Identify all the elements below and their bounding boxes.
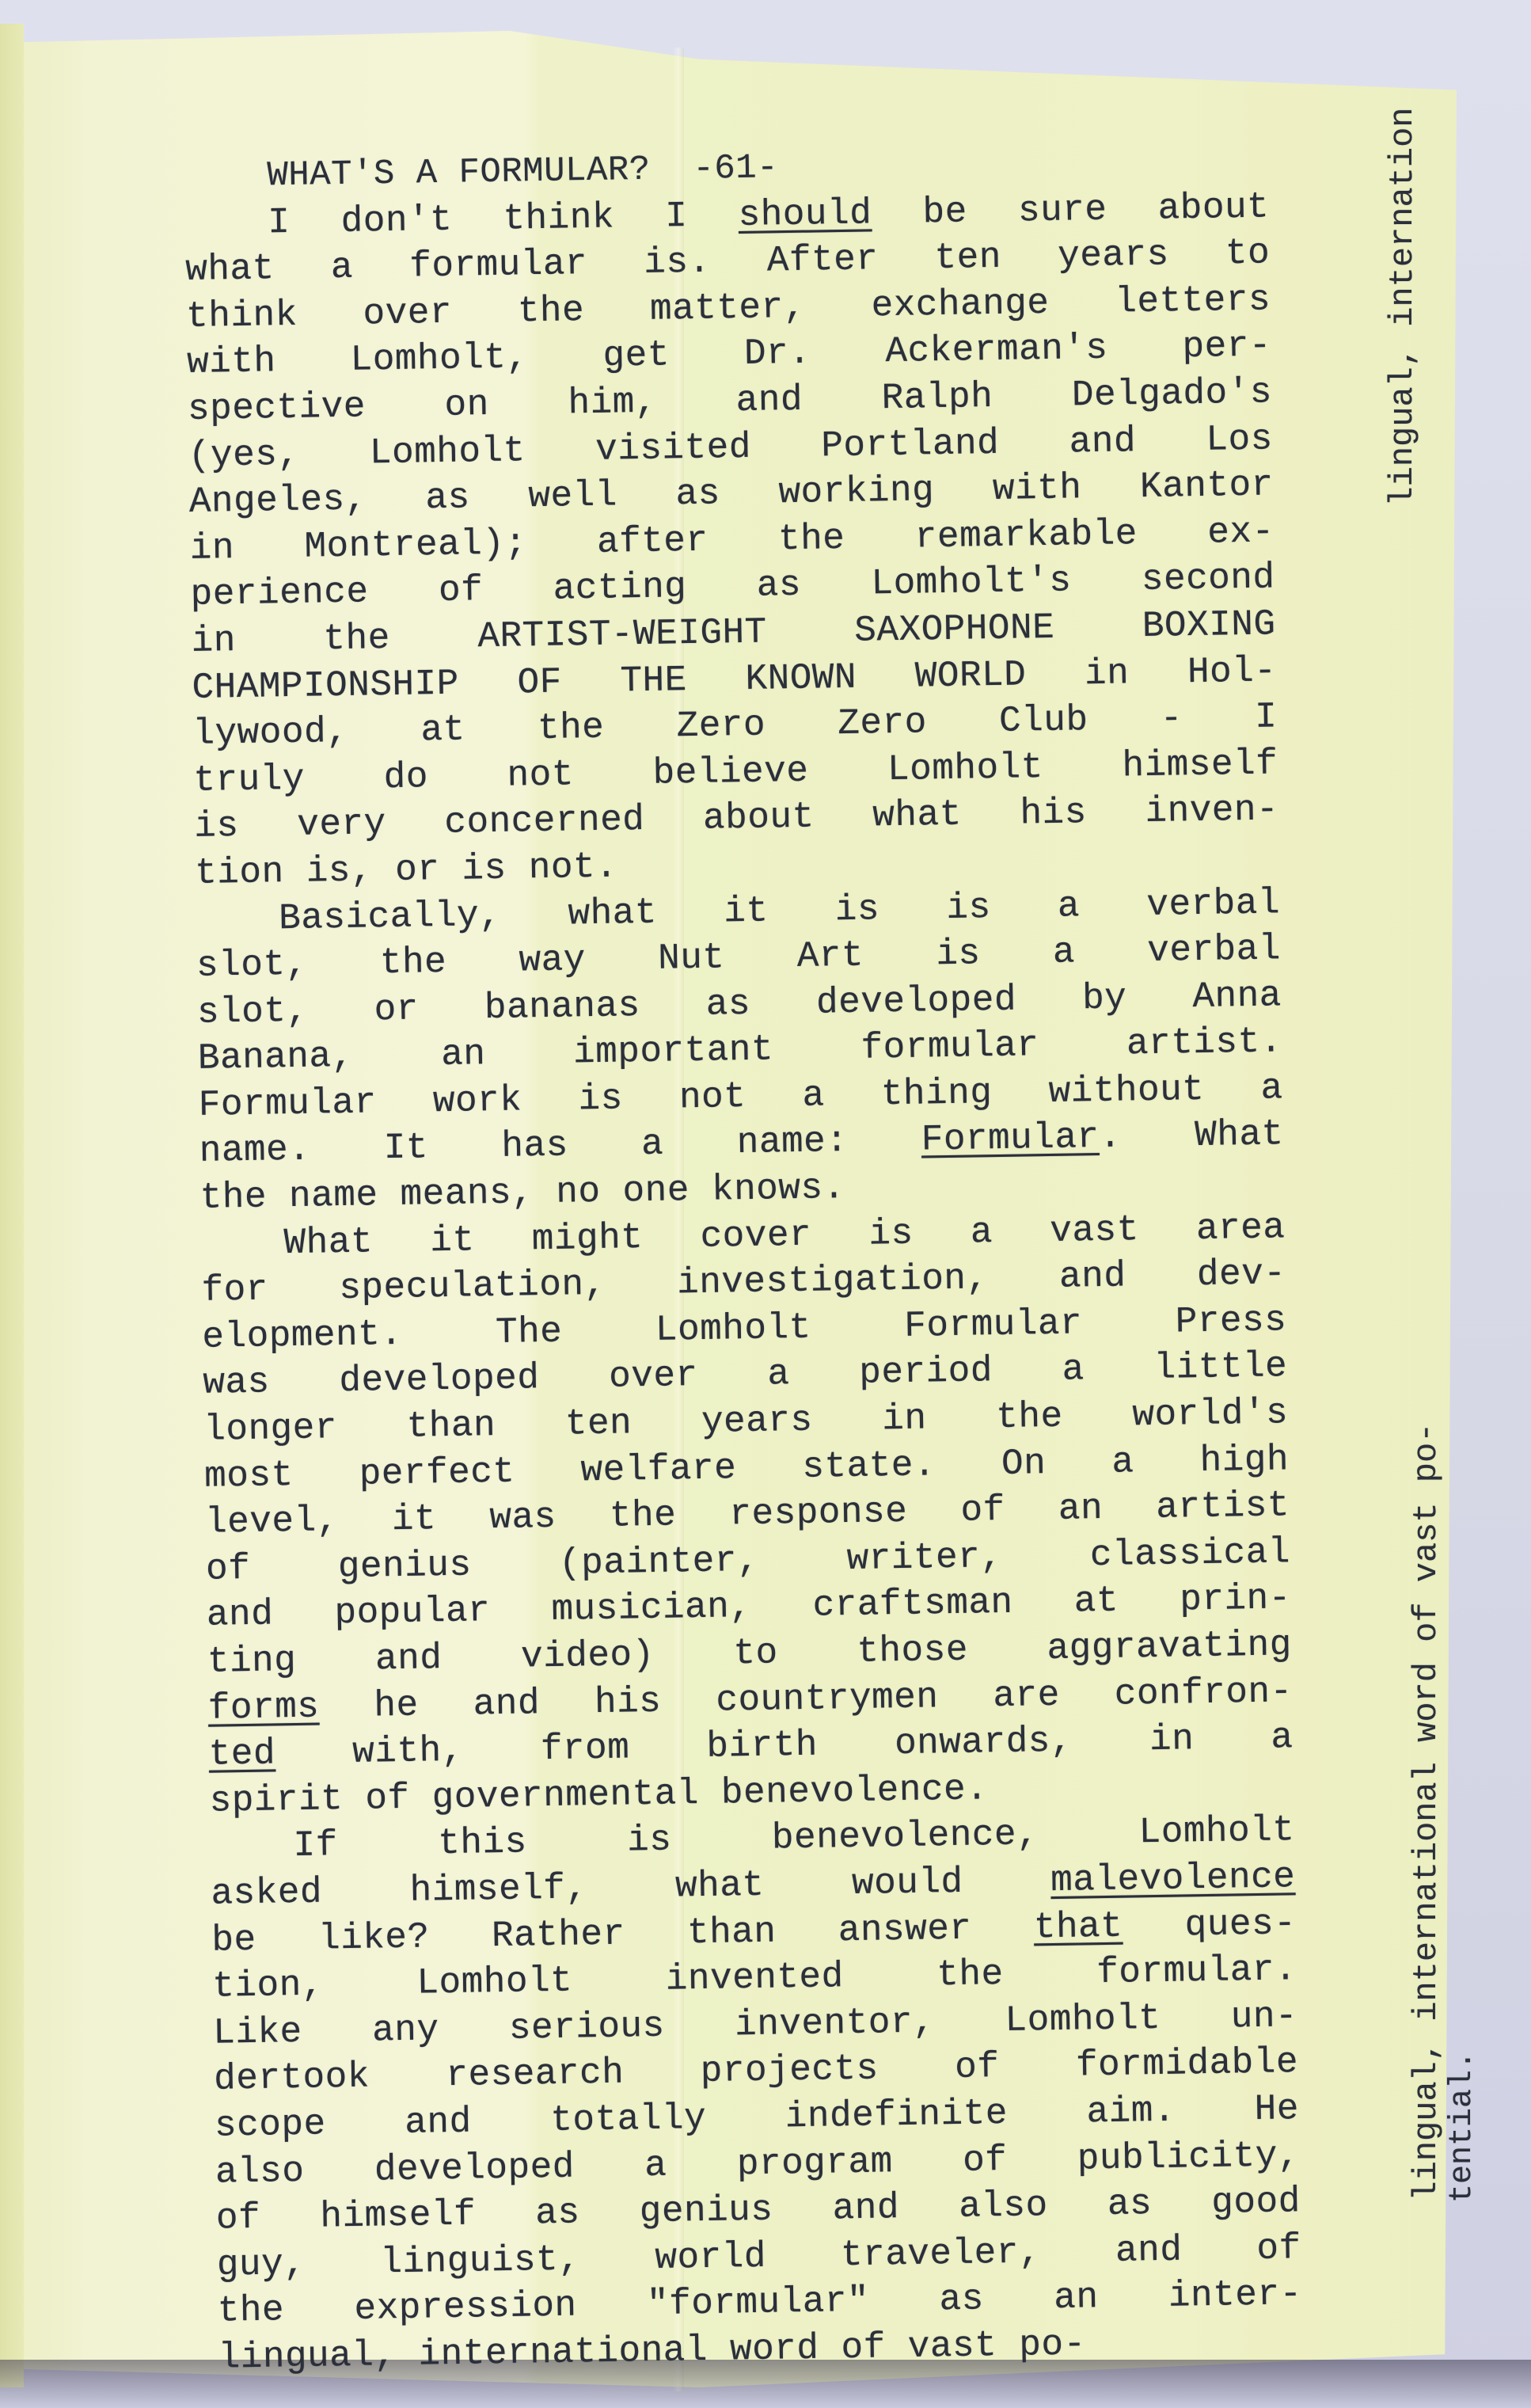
underlined-word: Formular — [921, 1117, 1100, 1161]
underlined-word: forms — [207, 1686, 319, 1729]
line-text: ques- — [1123, 1903, 1297, 1946]
line-text: I don't think I — [268, 195, 739, 243]
underlined-word: malevolence — [1050, 1856, 1296, 1901]
left-page-edge — [0, 24, 24, 2387]
line-text: . What — [1099, 1114, 1284, 1158]
paragraph: If this is benevolence, Lomholtasked him… — [210, 1808, 1303, 2382]
underlined-word: ted — [208, 1733, 275, 1775]
margin-note-top-text: lingual, internation — [1384, 107, 1422, 506]
margin-note-top: lingual, internation — [1346, 107, 1422, 546]
paragraph: Basically, what it is is a verbalslot, t… — [196, 880, 1285, 1222]
paragraph: I don't think I should be sure aboutwhat… — [184, 184, 1280, 896]
paragraph: What it might cover is a vast areafor sp… — [200, 1204, 1294, 1824]
underlined-word: that — [1033, 1905, 1123, 1948]
underlined-word: should — [738, 192, 872, 236]
margin-note-bottom-line2-text: tential. — [1445, 2051, 1480, 2203]
line-text: name. It has a name: — [199, 1120, 921, 1172]
line-text: be sure about — [872, 186, 1270, 234]
margin-note-bottom-line2: tential. — [1409, 2051, 1480, 2241]
paragraphs: I don't think I should be sure aboutwhat… — [184, 184, 1303, 2381]
typewritten-body: WHAT'S A FORMULAR? -61- I don't think I … — [184, 137, 1303, 2381]
